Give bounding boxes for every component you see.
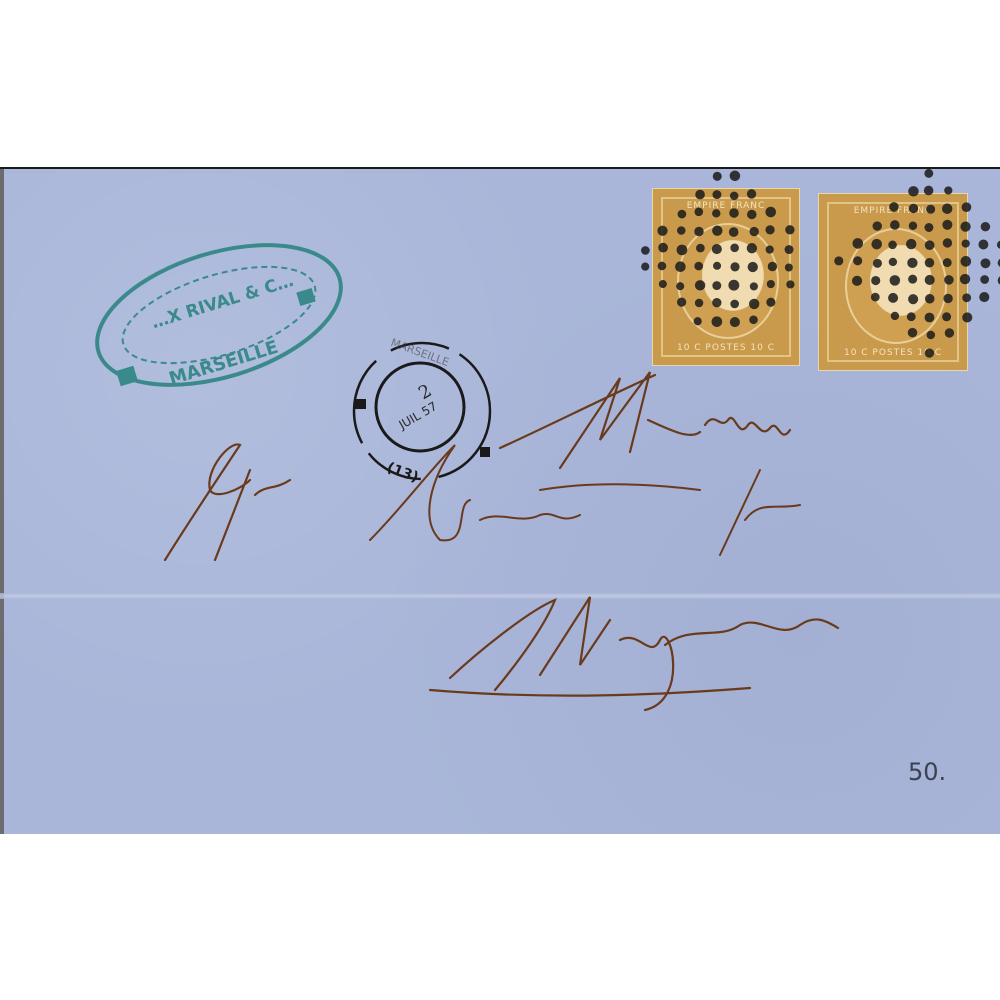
- fold-line: [0, 593, 1000, 599]
- postage-stamp-10c: EMPIRE FRANC 10 C POSTES 10 C: [818, 193, 968, 371]
- stamp-top-text: EMPIRE FRANC: [819, 206, 967, 216]
- napoleon-portrait-icon: [845, 228, 947, 344]
- marseille-datestamp: 2 JUIL 57 (13) MARSEILLE: [348, 335, 498, 485]
- stamp-top-text: EMPIRE FRANC: [653, 201, 799, 211]
- pencil-price-note: 50.: [908, 758, 946, 786]
- datestamp-date: JUIL 57: [396, 399, 440, 432]
- stamp-bottom-text: 10 C POSTES 10 C: [653, 343, 799, 353]
- postage-stamp-10c: EMPIRE FRANC 10 C POSTES 10 C: [652, 188, 800, 366]
- oval-merchant-handstamp: …X RIVAL & C… MARSEILLE: [88, 230, 350, 400]
- datestamp-dept: (13): [385, 460, 421, 485]
- stamp-bottom-text: 10 C POSTES 10 C: [819, 348, 967, 358]
- sheet-edge-shadow: [0, 169, 4, 834]
- oval-stamp-top-text: …X RIVAL & C…: [149, 271, 296, 333]
- napoleon-portrait-icon: [677, 223, 779, 339]
